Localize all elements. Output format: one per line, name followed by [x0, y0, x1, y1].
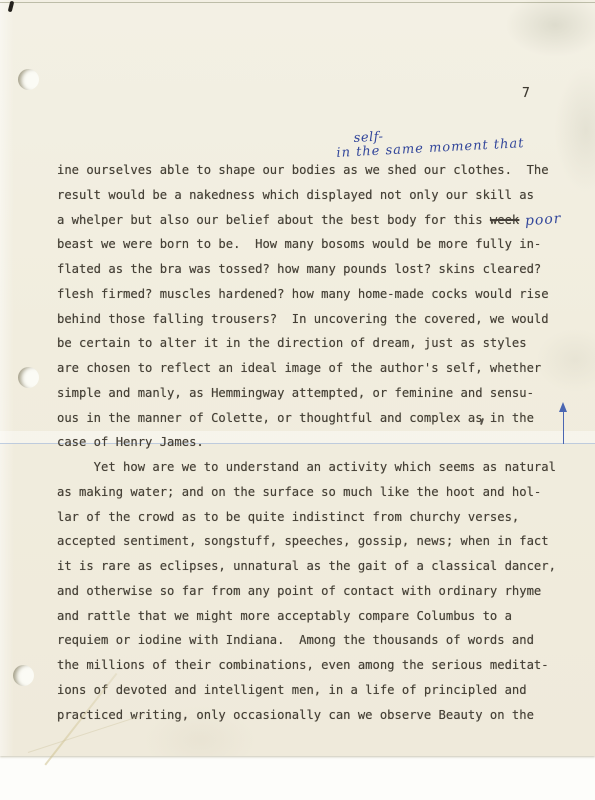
typed-line: ine ourselves able to shape our bodies a… — [57, 158, 577, 183]
typed-line: it is rare as eclipses, unnatural as the… — [57, 554, 577, 579]
struck-word: week — [490, 213, 519, 227]
punch-hole — [18, 69, 39, 90]
typed-line: a whelper but also our belief about the … — [57, 208, 577, 233]
typed-line: as making water; and on the surface so m… — [57, 480, 577, 505]
typed-line: simple and manly, as Hemmingway attempte… — [57, 381, 577, 406]
punch-hole — [18, 367, 39, 388]
typed-line: beast we were born to be. How many bosom… — [57, 232, 577, 257]
typed-line: case of Henry James. — [57, 430, 577, 455]
paper-sheet: 7 self- in the same moment that ine ours… — [0, 0, 595, 756]
typed-text: ine ourselves able to shape our bodies a… — [57, 158, 577, 727]
up-arrow-icon — [558, 402, 568, 444]
up-arrow-shaft — [563, 410, 565, 444]
handwritten-insertion: self- in the same moment that — [335, 123, 524, 160]
typed-line: behind those falling trousers? In uncove… — [57, 307, 577, 332]
typed-line: result would be a nakedness which displa… — [57, 183, 577, 208]
typed-line: flesh firmed? muscles hardened? how many… — [57, 282, 577, 307]
typed-line: the millions of their combinations, even… — [57, 653, 577, 678]
typed-line: flated as the bra was tossed? how many p… — [57, 257, 577, 282]
typed-line: lar of the crowd as to be quite indistin… — [57, 505, 577, 530]
punch-hole — [13, 665, 34, 686]
page-top-edge — [0, 2, 595, 3]
typed-line: are chosen to reflect an ideal image of … — [57, 356, 577, 381]
typed-line: ous in the manner of Colette, or thought… — [57, 406, 577, 431]
typed-line: accepted sentiment, songstuff, speeches,… — [57, 529, 577, 554]
typed-line: and otherwise so far from any point of c… — [57, 579, 577, 604]
typed-line: Yet how are we to understand an activity… — [57, 455, 577, 480]
typed-line: ions of devoted and intelligent men, in … — [57, 678, 577, 703]
page-number: 7 — [522, 86, 530, 101]
typed-line: and rattle that we might more acceptably… — [57, 604, 577, 629]
handwritten-correction: poor — [524, 206, 562, 233]
typed-line: be certain to alter it in the direction … — [57, 331, 577, 356]
typed-line: practiced writing, only occasionally can… — [57, 703, 577, 728]
typed-line: requiem or iodine with Indiana. Among th… — [57, 628, 577, 653]
